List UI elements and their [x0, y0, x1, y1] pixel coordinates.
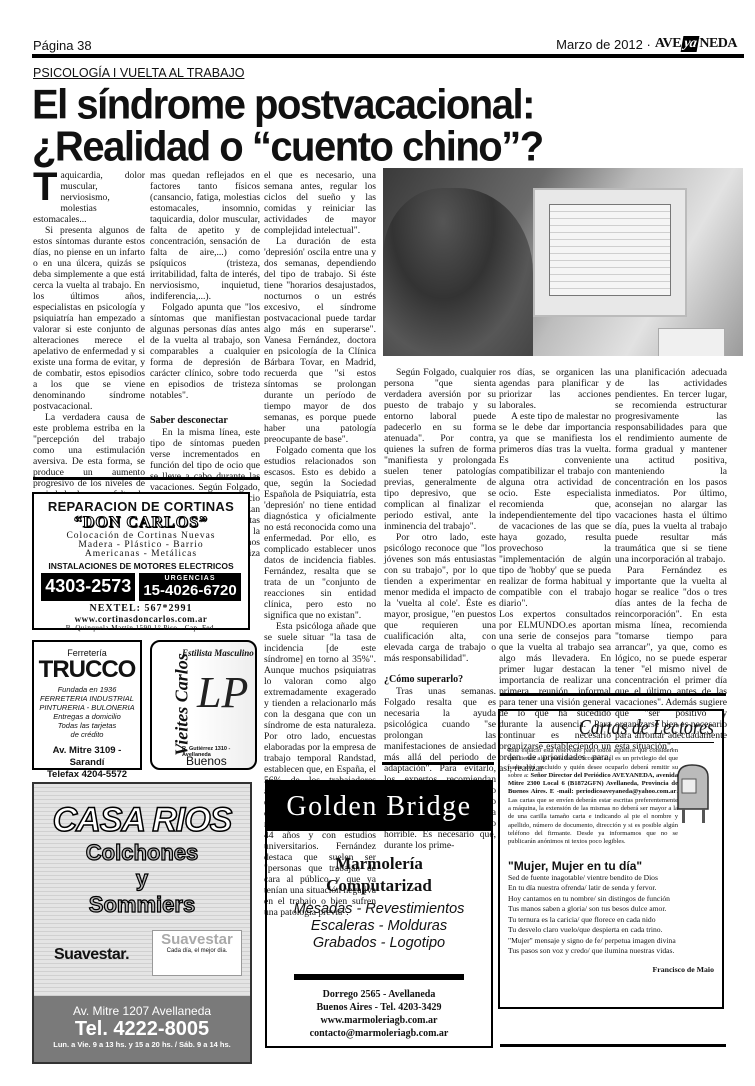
ad-name: TRUCCO: [34, 658, 140, 682]
ad-name: “DON CARLOS”: [34, 514, 248, 532]
photo-screen: [549, 204, 671, 296]
paragraph: mas quedan reflejados en factores tanto …: [150, 170, 260, 302]
letters-intro: Este espacio está reservado para todos a…: [508, 747, 678, 847]
ad-phone: Telefax 4204-5572: [34, 769, 140, 781]
poem-line: En tu día nuestra ofrenda/ latir de send…: [508, 883, 714, 894]
ad-address: Dorrego 2565 - Avellaneda: [267, 988, 491, 1001]
ad-text: Sommiers: [34, 894, 250, 916]
ad-tagline: Estilista Masculino: [182, 648, 254, 658]
ad-details: Fundada en 1936 FERRETERIA INDUSTRIAL PI…: [34, 685, 140, 739]
page-number: Página 38: [33, 38, 92, 53]
header-rule: [32, 54, 744, 58]
ad-text: PINTURERIA - BULONERIA: [34, 703, 140, 712]
photo-telephone: [658, 328, 725, 356]
mailbox-icon: [674, 763, 712, 825]
brand-name: Suavestar: [153, 931, 241, 948]
ad-phone: Tel. 4222-8005: [34, 1018, 250, 1040]
brand-logo: Suavestar.: [54, 946, 129, 964]
ad-text: Escaleras - Molduras: [267, 918, 491, 935]
poem-title: "Mujer, Mujer en tu día": [508, 859, 714, 873]
ad-text: Fundada en 1936: [34, 685, 140, 694]
ad-name: CASA RIOS: [34, 802, 250, 838]
ad-address: Av. Mitre 3109 - Sarandí: [34, 745, 140, 769]
ad-services: Mesadas - Revestimientos Escaleras - Mol…: [267, 901, 491, 952]
ad-text: FERRETERIA INDUSTRIAL: [34, 694, 140, 703]
poem-author: Francisco de Maio: [508, 965, 714, 974]
brand-slogan: Cada día, el mejor día.: [153, 948, 241, 954]
issue-date: Marzo de 2012 · AVEyaNEDA: [556, 36, 737, 52]
subheading: Saber desconectar: [150, 415, 260, 426]
photo-monitor: [533, 188, 687, 317]
ad-text: Computarizad: [267, 875, 491, 897]
paragraph: Folgado comenta que los estudios relacio…: [264, 445, 376, 621]
newspaper-logo: AVEyaNEDA: [655, 36, 737, 52]
paragraph: una planificación adecuada de las activi…: [615, 367, 727, 565]
ad-title: Marmolería Computarizad: [267, 853, 491, 897]
poem-line: Tus manos saben a gloria/ son tus besos …: [508, 904, 714, 915]
ad-text: Grabados - Logotipo: [267, 935, 491, 952]
poem: Sed de fuente inagotable/ vientre bendit…: [508, 873, 714, 957]
ad-text: INSTALACIONES DE MOTORES ELECTRICOS: [34, 561, 248, 571]
article-headline: El síndrome postvacacional: ¿Realidad o …: [32, 84, 752, 168]
poem-line: "Mujer" mensaje y signo de fe/ perpetua …: [508, 936, 714, 947]
ad-phones: 4303-2573 URGENCIAS 15-4026-6720: [34, 573, 248, 601]
ad-website: www.cortinasdoncarlos.com.ar: [34, 614, 248, 624]
dropcap: T: [33, 170, 57, 204]
ad-phone: Buenos Aires - Tel. 4203-3429: [267, 1001, 491, 1014]
ad-golden-bridge: Golden Bridge Marmolería Computarizad Me…: [265, 780, 493, 1048]
section-divider: [500, 693, 726, 696]
ad-website: www.marmoleriagb.com.ar: [267, 1014, 491, 1027]
logo-part: AVE: [655, 36, 681, 52]
ad-text: de crédito: [34, 730, 140, 739]
ad-ferreteria-trucco: Ferretería TRUCCO Fundada en 1936 FERRET…: [32, 640, 142, 770]
ad-email: contacto@marmoleriagb.com.ar: [267, 1027, 491, 1040]
subheading: ¿Cómo superarlo?: [384, 674, 496, 685]
ad-text: Marmolería: [267, 853, 491, 875]
paragraph: el que es necesario, una semana antes, r…: [264, 170, 376, 236]
ad-hours: Lun. a Vie. 9 a 13 hs. y 15 a 20 hs. / S…: [34, 1040, 250, 1049]
paragraph: A este tipo de malestar no se le debe da…: [499, 411, 611, 609]
poem-line: Hoy cantamos en tu nombre/ sin distingos…: [508, 894, 714, 905]
ad-divider: [294, 974, 464, 980]
ad-title: REPARACION DE CORTINAS: [34, 499, 248, 514]
ad-urgent: URGENCIAS 15-4026-6720: [139, 573, 240, 601]
ad-text: Colchones: [34, 842, 250, 864]
section-divider: [500, 1044, 726, 1047]
section-divider: [33, 477, 260, 480]
section-kicker: PSICOLOGÍA I VUELTA AL TRABAJO: [33, 66, 244, 80]
article-photo: [383, 168, 743, 356]
ad-nextel: NEXTEL: 567*2991: [34, 603, 248, 614]
ad-contact-bar: Av. Mitre 1207 Avellaneda Tel. 4222-8005…: [34, 996, 250, 1062]
paragraph: Si presenta algunos de estos síntomas du…: [33, 225, 145, 412]
intro-text: . Las cartas que se envíen deberán estar…: [508, 788, 678, 845]
ad-casa-rios: CASA RIOS Colchones y Sommiers Suavestar…: [32, 782, 252, 1064]
ad-text: y: [34, 868, 250, 890]
poem-line: Tu desvelo claro vuelo/que despierta en …: [508, 925, 714, 936]
intro-address: Señor Director del Periódico AVEYANEDA, …: [508, 772, 678, 796]
urgent-phone: 15-4026-6720: [143, 582, 236, 599]
brand-badge: Suavestar Cada día, el mejor día.: [152, 930, 242, 976]
urgent-label: URGENCIAS: [143, 575, 236, 582]
ad-cortinas-don-carlos: REPARACION DE CORTINAS “DON CARLOS” Colo…: [32, 492, 250, 630]
paragraph: Folgado apunta que "los síntomas que man…: [150, 302, 260, 401]
poem-line: Tu ternura es la caricia/ que florece en…: [508, 915, 714, 926]
ad-contact: Av. Mitre 3109 - Sarandí Telefax 4204-55…: [34, 745, 140, 781]
date-text: Marzo de 2012 ·: [556, 37, 651, 52]
ad-name: Golden Bridge: [267, 782, 491, 831]
logo-part: ya: [681, 36, 700, 52]
ad-phone: 4303-2573: [41, 573, 135, 601]
ad-address: B. Quinquela Martín 1590 1° Piso - Cap. …: [34, 624, 248, 632]
ad-text: Entregas a domicilio: [34, 712, 140, 721]
ad-vieites-carlos: Vieites Carlos Estilista Masculino LP R.…: [150, 640, 257, 770]
letters-box: Cartas de Lectores Este espacio está res…: [498, 709, 724, 1009]
headline-line: ¿Realidad o “cuento chino”?: [32, 126, 752, 168]
photo-person: [383, 188, 533, 356]
paragraph: ros días, se organicen las agendas para …: [499, 367, 611, 411]
ad-text: Mesadas - Revestimientos: [267, 901, 491, 918]
ad-text: Todas las tarjetas: [34, 721, 140, 730]
paragraph: La duración de esta 'depresión' oscila e…: [264, 236, 376, 445]
ad-address: Av. Mitre 1207 Avellaneda: [34, 1004, 250, 1018]
article-column-4: Según Folgado, cualquier persona "que si…: [384, 367, 496, 851]
paragraph: Según Folgado, cualquier persona "que si…: [384, 367, 496, 532]
ad-text: Americanas - Metálicas: [34, 550, 248, 559]
letters-title: Cartas de Lectores: [539, 715, 714, 743]
section-divider: [382, 762, 494, 765]
ad-contact: Dorrego 2565 - Avellaneda Buenos Aires -…: [267, 988, 491, 1040]
paragraph: Por otro lado, este psicólogo reconoce q…: [384, 532, 496, 664]
ad-city: Buenos Aires: [186, 754, 255, 770]
headline-line: El síndrome postvacacional:: [32, 84, 752, 126]
monogram-logo: LP: [197, 667, 248, 718]
poem-line: Sed de fuente inagotable/ vientre bendit…: [508, 873, 714, 884]
poem-line: Tus pasos son voz y credo/ que ilumina n…: [508, 946, 714, 957]
logo-part: NEDA: [699, 36, 737, 52]
